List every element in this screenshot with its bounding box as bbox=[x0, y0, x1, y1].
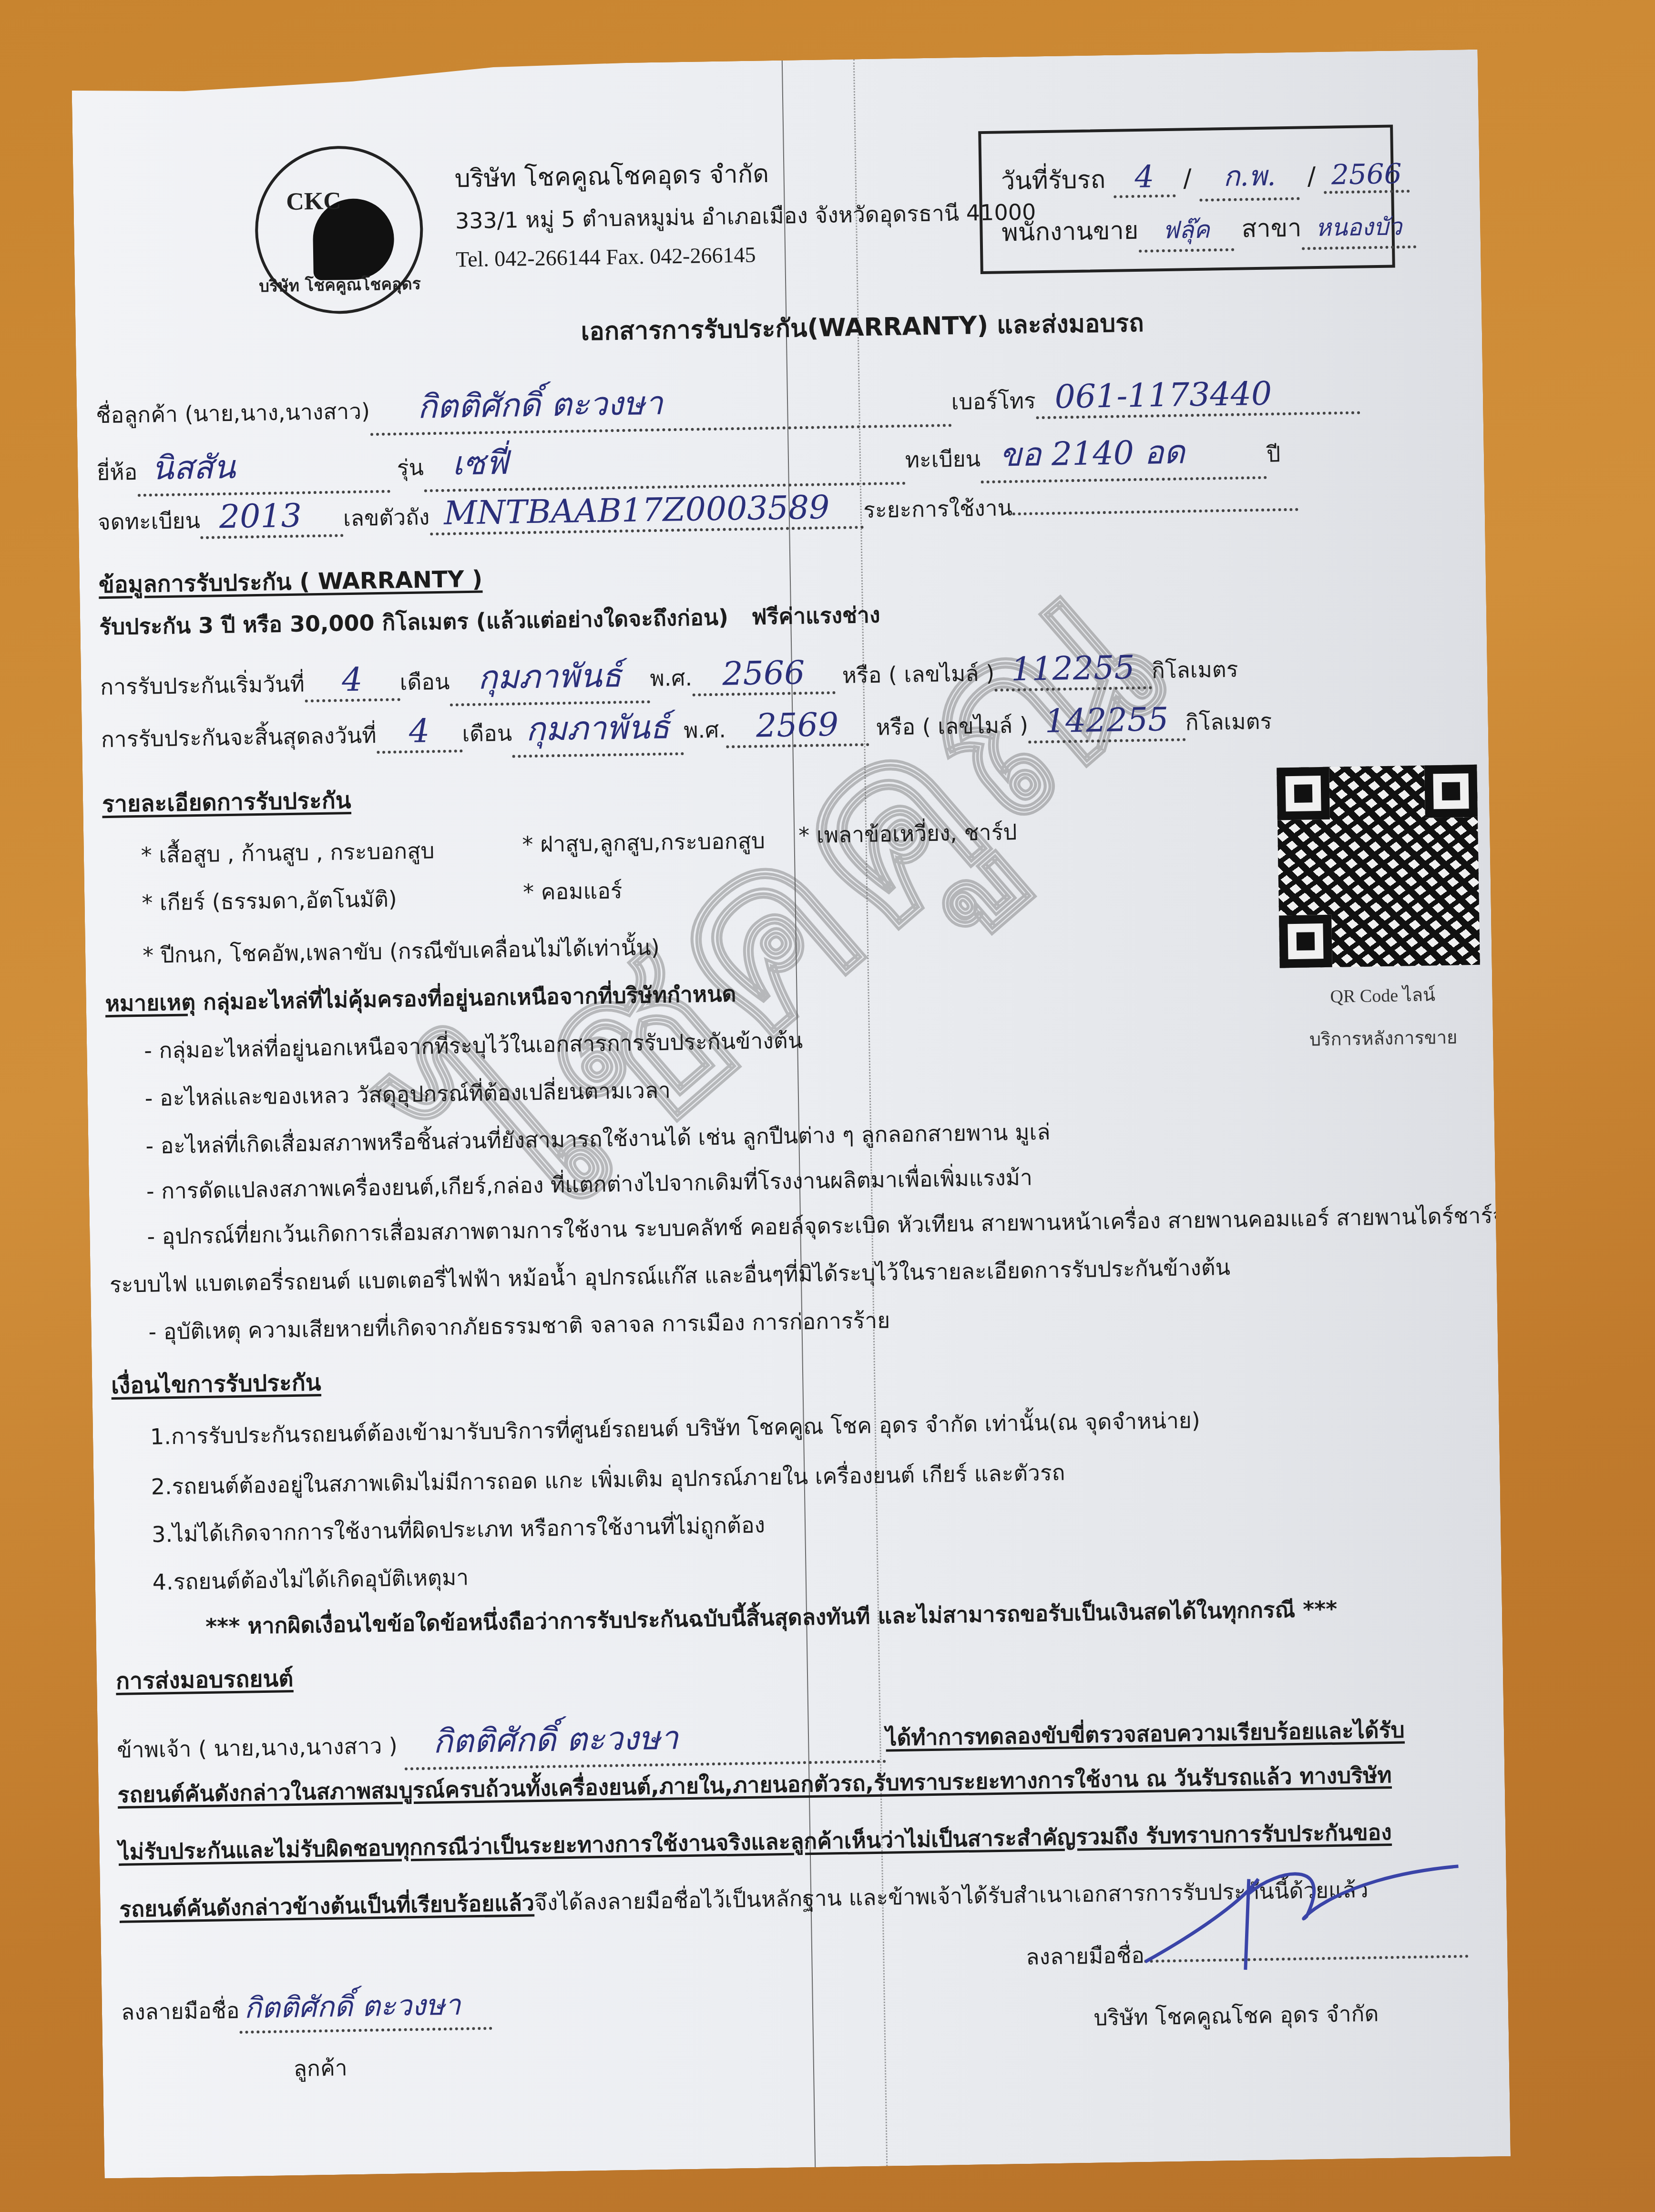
company-address: 333/1 หมู่ 5 ตำบลหมูม่น อำเภอเมือง จังหว… bbox=[455, 195, 1036, 238]
chassis-value: MNTBAAB17Z0003589 bbox=[444, 489, 830, 533]
start-day: 4 bbox=[341, 661, 363, 699]
note-item: - อะไหล่และของเหลว วัสดุอุปกรณ์ที่ต้องเป… bbox=[144, 1073, 671, 1116]
coverage-item: * ฝาสูบ,ลูกสูบ,กระบอกสูบ bbox=[522, 823, 766, 862]
company-logo: CKC บริษัท โชคคูณโชคอุดร bbox=[254, 144, 424, 315]
qr-finder bbox=[1279, 915, 1332, 968]
condition-item: 1.การรับประกันรถยนต์ต้องเข้ามารับบริการท… bbox=[150, 1403, 1200, 1454]
delivery-text: ได้ทำการทดลองขับขี่ตรวจสอบความเรียบร้อยแ… bbox=[886, 1717, 1405, 1751]
phone-value: 061-1173440 bbox=[1054, 375, 1272, 416]
condition-item: 4.รถยนต์ต้องไม่ได้เกิดอุบัติเหตุมา bbox=[152, 1560, 469, 1599]
notes-heading: หมายเหตุ bbox=[105, 989, 195, 1016]
qr-caption-sub: บริการหลังการขาย bbox=[1278, 1022, 1489, 1055]
note-item: ระบบไฟ แบตเตอรี่รถยนต์ แบตเตอรี่ไฟฟ้า หม… bbox=[109, 1250, 1230, 1302]
coverage-item: * ปีกนก, โชคอัพ,เพลาขับ (กรณีขับเคลื่อนไ… bbox=[143, 930, 660, 973]
received-date-row: วันที่รับรถ 4 / ก.พ. / 2566 bbox=[1001, 151, 1410, 205]
customer-signature-row: ลงลายมือชื่อกิตติศักดิ์ ตะวงษา bbox=[121, 1982, 492, 2036]
customer-signature-label: ลงลายมือชื่อ bbox=[121, 1997, 240, 2025]
note-item: - กลุ่มอะไหล่ที่อยู่นอกเหนือจากที่ระบุไว… bbox=[144, 1023, 803, 1068]
note-item: - การดัดแปลงสภาพเครื่องยนต์,เกียร์,กล่อง… bbox=[146, 1160, 1032, 1209]
qr-finder bbox=[1424, 765, 1478, 818]
chassis-label: เลขตัวถัง bbox=[343, 504, 430, 531]
condition-item: 3.ไม่ได้เกิดจากการใช้งานที่ผิดประเภท หรื… bbox=[152, 1508, 766, 1552]
start-year: 2566 bbox=[722, 654, 805, 693]
branch-value: หนองบัว bbox=[1315, 213, 1402, 242]
end-label: การรับประกันจะสิ้นสุดลงวันที่ bbox=[101, 722, 377, 752]
model-value: เซฟี่ bbox=[452, 444, 509, 483]
delivery-text: รถยนต์คันดังกล่าวข้างต้นเป็นที่เรียบร้อย… bbox=[119, 1890, 534, 1922]
plate-value: ขอ 2140 อด bbox=[999, 433, 1185, 474]
model-label: รุ่น bbox=[397, 455, 424, 481]
coverage-heading: รายละเอียดการรับประกัน bbox=[102, 782, 352, 822]
customer-name-label: ชื่อลูกค้า (นาย,นาง,นางสาว) bbox=[96, 398, 370, 428]
condition-item: 2.รถยนต์ต้องอยู่ในสภาพเดิมไม่มีการถอด แก… bbox=[151, 1455, 1065, 1505]
company-signature-label: ลงลายมือชื่อ bbox=[1026, 1942, 1144, 1970]
year-label: ปี bbox=[1267, 441, 1281, 467]
note-item: - อุปกรณ์ที่ยกเว้นเกิดการเสื่อมสภาพตามกา… bbox=[147, 1198, 1506, 1254]
salesperson-label: พนักงานขาย bbox=[1001, 216, 1139, 247]
branch-label: สาขา bbox=[1241, 214, 1302, 244]
coverage-item: * เกียร์ (ธรรมดา,อัตโนมัติ) bbox=[142, 881, 397, 920]
start-month: กุมภาพันธ์ bbox=[478, 657, 622, 697]
coverage-item: * เสื้อสูบ , ก้านสูบ , กระบอกสูบ bbox=[141, 833, 435, 873]
start-year-label: พ.ศ. bbox=[650, 665, 693, 691]
delivery-heading: การส่งมอบรถยนต์ bbox=[115, 1660, 294, 1700]
warranty-terms: รับประกัน 3 ปี หรือ 30,000 กิโลเมตร (แล้… bbox=[99, 597, 880, 645]
delivery-i-label: ข้าพเจ้า ( นาย,นาง,นางสาว ) bbox=[117, 1733, 398, 1763]
receipt-box: วันที่รับรถ 4 / ก.พ. / 2566 พนักงานขายฟล… bbox=[978, 124, 1395, 274]
company-role: บริษัท โชคคูณโชค อุดร จำกัด bbox=[1093, 1996, 1379, 2035]
logo-ring-text: บริษัท โชคคูณโชคอุดร bbox=[259, 271, 421, 299]
customer-signature: กิตติศักดิ์ ตะวงษา bbox=[244, 1988, 461, 2025]
end-day: 4 bbox=[409, 712, 430, 750]
end-year-label: พ.ศ. bbox=[684, 717, 726, 743]
conditions-footnote: *** หากผิดเงื่อนไขข้อใดข้อหนึ่งถือว่าการ… bbox=[205, 1592, 1338, 1644]
note-item: - อุบัติเหตุ ความเสียหายที่เกิดจากภัยธรร… bbox=[148, 1303, 890, 1349]
registration-label: จดทะเบียน bbox=[97, 508, 200, 535]
free-labor-text: ฟรีค่าแรงช่าง bbox=[751, 602, 880, 629]
delivery-i-value: กิตติศักดิ์ ตะวงษา bbox=[433, 1719, 679, 1761]
notes-heading-rest: กลุ่มอะไหล่ที่ไม่คุ้มครองที่อยู่นอกเหนือ… bbox=[203, 981, 736, 1015]
received-day: 4 bbox=[1134, 159, 1154, 195]
salesperson-row: พนักงานขายฟลุ๊ค สาขาหนองบัว bbox=[1001, 206, 1416, 255]
received-month: ก.พ. bbox=[1223, 159, 1276, 193]
qr-finder bbox=[1277, 767, 1330, 820]
start-label: การรับประกันเริ่มวันที่ bbox=[100, 671, 305, 700]
start-mileage: 112255 bbox=[1011, 649, 1135, 688]
plate-label: ทะเบียน bbox=[905, 446, 981, 472]
received-year: 2566 bbox=[1331, 157, 1402, 191]
customer-name-value: กิตติศักดิ์ ตะวงษา bbox=[417, 385, 663, 426]
logo-text: CKC bbox=[286, 187, 341, 216]
end-mileage-label: หรือ ( เลขไมล์ ) bbox=[876, 712, 1028, 740]
company-contact: Tel. 042-266144 Fax. 042-266145 bbox=[456, 242, 756, 272]
end-mileage: 142255 bbox=[1044, 701, 1169, 740]
warranty-document: ไชคคูณ CKC บริษัท โชคคูณโชคอุดร บริษัท โ… bbox=[72, 50, 1511, 2179]
usage-label: ระยะการใช้งาน bbox=[863, 495, 1013, 523]
phone-label: เบอร์โทร bbox=[951, 388, 1036, 415]
registration-value: 2013 bbox=[219, 497, 302, 536]
end-year: 2569 bbox=[756, 706, 839, 745]
company-name: บริษัท โชคคูณโชคอุดร จำกัด bbox=[454, 154, 769, 198]
warranty-info-heading: ข้อมูลการรับประกัน ( WARRANTY ) bbox=[98, 561, 482, 604]
line-qr-code[interactable] bbox=[1277, 765, 1480, 968]
salesperson-value: ฟลุ๊ค bbox=[1162, 216, 1210, 245]
end-unit: กิโลเมตร bbox=[1185, 708, 1272, 736]
start-month-label: เดือน bbox=[399, 669, 450, 696]
company-signature bbox=[1134, 1847, 1470, 1995]
coverage-item: * คอมแอร์ bbox=[523, 873, 623, 910]
start-mileage-label: หรือ ( เลขไมล์ ) bbox=[842, 660, 994, 688]
coverage-item: * เพลาข้อเหวี่ยง, ชาร์ป bbox=[798, 815, 1017, 853]
notes-heading-row: หมายเหตุ กลุ่มอะไหล่ที่ไม่คุ้มครองที่อยู… bbox=[105, 976, 736, 1021]
note-item: - อะไหล่ที่เกิดเสื่อมสภาพหรือชิ้นส่วนที่… bbox=[145, 1115, 1051, 1164]
end-month: กุมภาพันธ์ bbox=[526, 708, 670, 748]
conditions-heading: เงื่อนไขการรับประกัน bbox=[111, 1364, 322, 1404]
qr-caption: QR Code ไลน์ bbox=[1277, 979, 1488, 1012]
brand-value: นิสสัน bbox=[151, 449, 235, 488]
received-date-label: วันที่รับรถ bbox=[1001, 165, 1105, 195]
brand-label: ยี่ห้อ bbox=[97, 459, 138, 485]
end-month-label: เดือน bbox=[462, 720, 512, 747]
warranty-terms-text: รับประกัน 3 ปี หรือ 30,000 กิโลเมตร (แล้… bbox=[99, 604, 729, 640]
start-unit: กิโลเมตร bbox=[1152, 656, 1238, 684]
customer-role: ลูกค้า bbox=[293, 2050, 347, 2086]
document-title: เอกสารการรับประกัน(WARRANTY) และส่งมอบรถ bbox=[581, 303, 1144, 351]
